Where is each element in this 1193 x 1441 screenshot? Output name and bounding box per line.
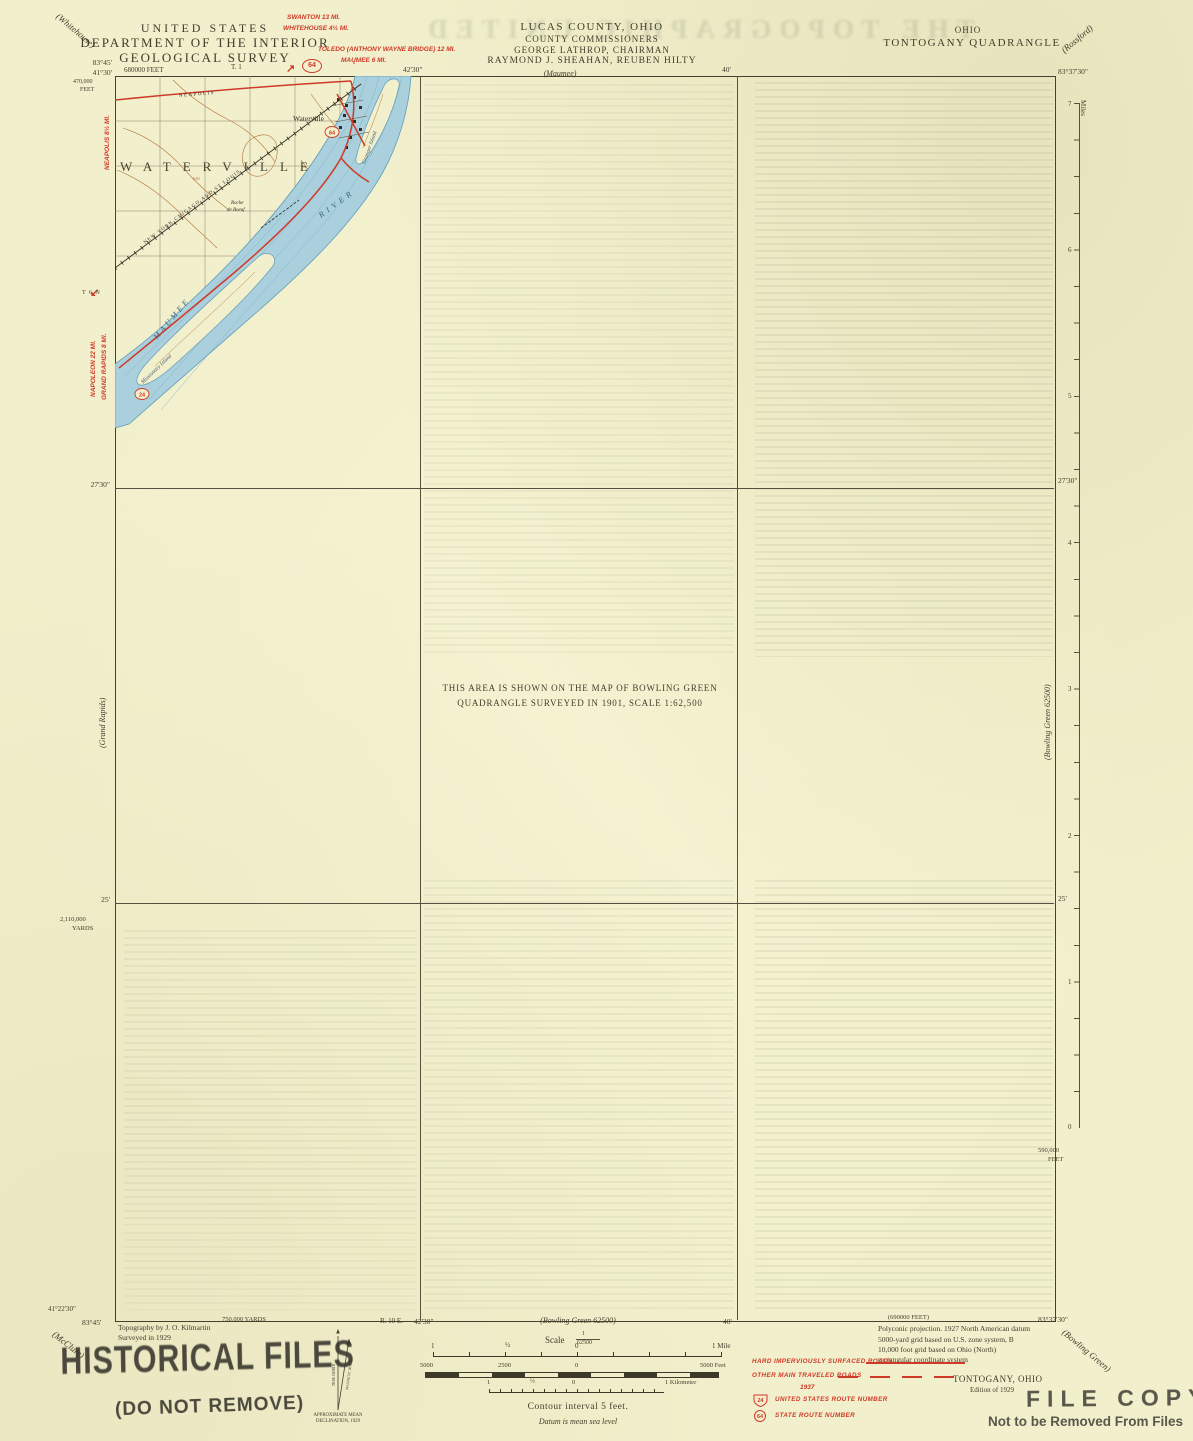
adjoining-quad-top-right: (Rossford) — [1060, 24, 1095, 55]
right-grid-feet-value: 590,000 — [1038, 1148, 1059, 1155]
area-note-line-1: THIS AREA IS SHOWN ON THE MAP OF BOWLING… — [442, 684, 717, 693]
corner-top-right-longitude: 83°37'30" — [1058, 68, 1088, 76]
mile-scale-number: 0 — [1068, 1124, 1072, 1131]
county-commissioners: COUNTY COMMISSIONERS — [525, 35, 658, 44]
left-parallel-label-2: 25' — [58, 896, 110, 904]
adjoining-quad-top-left: (Whitehouse) — [54, 12, 97, 50]
mile-bar-label: ½ — [505, 1342, 510, 1349]
scale-fraction-denominator: 62500 — [577, 1340, 592, 1346]
mile-bar-label: 1 Mile — [712, 1343, 730, 1350]
map-detail-area: 64 24 Waterville NEAPOLIS NEW YORK CHICA… — [115, 76, 425, 428]
county-title: LUCAS COUNTY, OHIO — [520, 22, 663, 34]
left-grid-feet-unit: FEET — [80, 87, 94, 93]
destination-swanton: SWANTON 13 MI. — [287, 14, 340, 21]
us-route-shield-icon: 24 — [752, 1393, 769, 1408]
right-grid-feet-unit: FEET — [1048, 1157, 1064, 1164]
edition-note: Edition of 1929 — [970, 1387, 1014, 1394]
credit-line-1: Topography by J. O. Kilmartin — [118, 1324, 210, 1332]
town-label: Waterville — [293, 114, 325, 123]
right-parallel-label-1: 27'30" — [1058, 477, 1077, 485]
left-grid-yards-value: 2,110,000 — [60, 917, 86, 924]
contour-interval-note: Contour interval 5 feet. — [528, 1403, 629, 1413]
legend-state-route-label: STATE ROUTE NUMBER — [775, 1412, 855, 1419]
township-marker: T 6 N — [82, 290, 101, 296]
bottom-meridian-label-2: 40' — [723, 1318, 732, 1326]
projection-note-3: 10,000 foot grid based on Ohio (North) — [878, 1346, 996, 1354]
state-route-sample-number: 64 — [757, 1414, 764, 1420]
mile-scale-number: 5 — [1068, 393, 1072, 400]
route-shield-24-label: 24 — [139, 393, 146, 399]
projection-note-2: 5000-yard grid based on U.S. zone system… — [878, 1336, 1014, 1344]
roche-de-boeuf-label-1: Roche — [230, 201, 244, 206]
legend-other-roads-sample — [838, 1376, 966, 1378]
left-parallel-label-1: 27'30" — [58, 481, 110, 489]
mile-scale-number: 2 — [1068, 833, 1072, 840]
destination-maumee: MAUMEE 6 MI. — [341, 57, 386, 64]
scale-fraction-numerator: 1 — [582, 1331, 585, 1337]
route-shield-64-label: 64 — [329, 131, 336, 137]
feet-bar-label: 2500 — [498, 1363, 511, 1370]
mile-scale-unit: Miles — [1079, 100, 1086, 116]
bottom-grid-feet: (690000 FEET) — [888, 1315, 929, 1322]
corner-bottom-left-latitude: 41°22'30" — [48, 1306, 76, 1313]
state-name: OHIO — [955, 26, 982, 35]
state-route-circle-icon: 64 — [753, 1409, 767, 1423]
destination-toledo: TOLEDO (ANTHONY WAYNE BRIDGE) 12 MI. — [318, 46, 455, 53]
mile-scale-ruler — [433, 1352, 722, 1357]
graticule-parallel — [115, 903, 1054, 904]
county-members: RAYMOND J. SHEAHAN, REUBEN HILTY — [487, 57, 696, 67]
file-copy-stamp: FILE COPY — [1026, 1384, 1193, 1413]
route-arrow-icon: ↗ — [286, 62, 295, 75]
roche-de-boeuf-label-2: de Boeuf — [227, 208, 245, 213]
left-grid-yards-unit: YARDS — [72, 926, 93, 933]
feet-bar-label: 5000 Feet — [700, 1363, 726, 1370]
mile-scale-bar — [1074, 103, 1080, 1128]
km-bar-label: 0 — [572, 1380, 575, 1387]
top-meridian-label-1: 42'30" — [403, 66, 422, 74]
right-parallel-label-2: 25' — [1058, 895, 1067, 903]
legend-hard-roads-sample — [866, 1362, 965, 1364]
corner-top-left-latitude: 41°30' — [58, 69, 112, 77]
mile-bar-label: 0 — [575, 1343, 579, 1350]
declination-caption-1: APPROXIMATE MEAN — [314, 1413, 363, 1418]
county-chairman: GEORGE LATHROP, CHAIRMAN — [514, 46, 670, 55]
sheet-name: TONTOGANY, OHIO — [953, 1375, 1043, 1384]
historical-files-stamp: HISTORICAL FILES — [60, 1332, 355, 1383]
mile-scale-number: 3 — [1068, 686, 1072, 693]
quadrangle-title: TONTOGANY QUADRANGLE — [883, 38, 1060, 50]
adjoining-quad-right: (Bowling Green 62500) — [1044, 684, 1052, 760]
margin-destination-napoleon: NAPOLEON 22 MI. — [90, 340, 97, 397]
km-scale-ruler — [489, 1389, 664, 1393]
agency-line-3: GEOLOGICAL SURVEY — [119, 51, 291, 65]
km-bar-label: 1 Kilometer — [665, 1380, 696, 1387]
township-tick-label: T. 1 — [231, 64, 242, 71]
graticule-meridian — [737, 76, 738, 1320]
no-removal-stamp: Not to be Removed From Files — [988, 1414, 1183, 1429]
mile-scale-number: 4 — [1068, 540, 1072, 547]
corner-bottom-left-longitude: 83°45' — [82, 1319, 101, 1327]
feet-bar-label: 0 — [575, 1363, 578, 1370]
datum-note: Datum is mean sea level — [539, 1418, 617, 1426]
adjoining-quad-bottom-right: (Bowling Green) — [1060, 1328, 1112, 1374]
mile-scale-number: 1 — [1068, 979, 1072, 986]
mile-scale-number: 7 — [1068, 101, 1072, 108]
corner-top-left-longitude: 83°45' — [58, 59, 112, 67]
agency-line-2: DEPARTMENT OF THE INTERIOR — [80, 36, 329, 50]
bottom-meridian-label-1: 42'30" — [414, 1318, 433, 1326]
do-not-remove-stamp: (DO NOT REMOVE) — [115, 1393, 305, 1422]
destination-whitehouse: WHITEHOUSE 4½ MI. — [283, 25, 349, 32]
top-grid-feet: 680000 FEET — [124, 67, 163, 74]
km-bar-label: 1 — [487, 1380, 490, 1387]
map-sheet: THE TOPOGRAPHIC UNITED UNITED STATES DEP… — [0, 0, 1193, 1441]
contour-elevation-label: 640 — [193, 176, 201, 181]
neapolis-road-label: NEAPOLIS — [179, 91, 215, 99]
us-route-sample-number: 24 — [757, 1398, 764, 1404]
legend-year: 1937 — [800, 1384, 814, 1391]
margin-destination-neapolis: NEAPOLIS 8½ MI. — [104, 115, 111, 170]
graticule-parallel — [115, 488, 1054, 489]
area-note-line-2: QUADRANGLE SURVEYED IN 1901, SCALE 1:62,… — [457, 699, 702, 708]
top-meridian-label-2: 40' — [722, 66, 731, 74]
feet-scale-ruler — [425, 1372, 719, 1378]
adjoining-quad-left: (Grand Rapids) — [99, 698, 107, 748]
feet-bar-label: 5000 — [420, 1363, 433, 1370]
corner-bottom-right-longitude: 83°37'30" — [1038, 1316, 1068, 1324]
mile-scale-number: 6 — [1068, 247, 1072, 254]
legend-us-route-label: UNITED STATES ROUTE NUMBER — [775, 1396, 888, 1403]
adjoining-quad-top-center: (Maumee) — [544, 70, 577, 78]
left-grid-feet-value: 470,000 — [73, 79, 93, 85]
margin-destination-grand-rapids: GRAND RAPIDS 8 MI. — [101, 334, 108, 400]
declination-caption-2: DECLINATION, 1929 — [316, 1419, 360, 1424]
route-shield-64-margin: 64 — [302, 59, 322, 73]
range-label: R. 10 E. — [380, 1318, 403, 1325]
agency-line-1: UNITED STATES — [141, 22, 269, 35]
km-bar-label: ½ — [530, 1379, 535, 1386]
township-name-spaced: WATERVILLE — [120, 160, 320, 174]
scale-word: Scale — [545, 1336, 565, 1345]
adjoining-quad-bottom-center: (Bowling Green 62500) — [540, 1317, 616, 1325]
mile-bar-label: 1 — [431, 1343, 435, 1350]
bottom-grid-yards: 750,000 YARDS — [222, 1317, 266, 1324]
projection-note-1: Polyconic projection. 1927 North America… — [878, 1325, 1030, 1333]
